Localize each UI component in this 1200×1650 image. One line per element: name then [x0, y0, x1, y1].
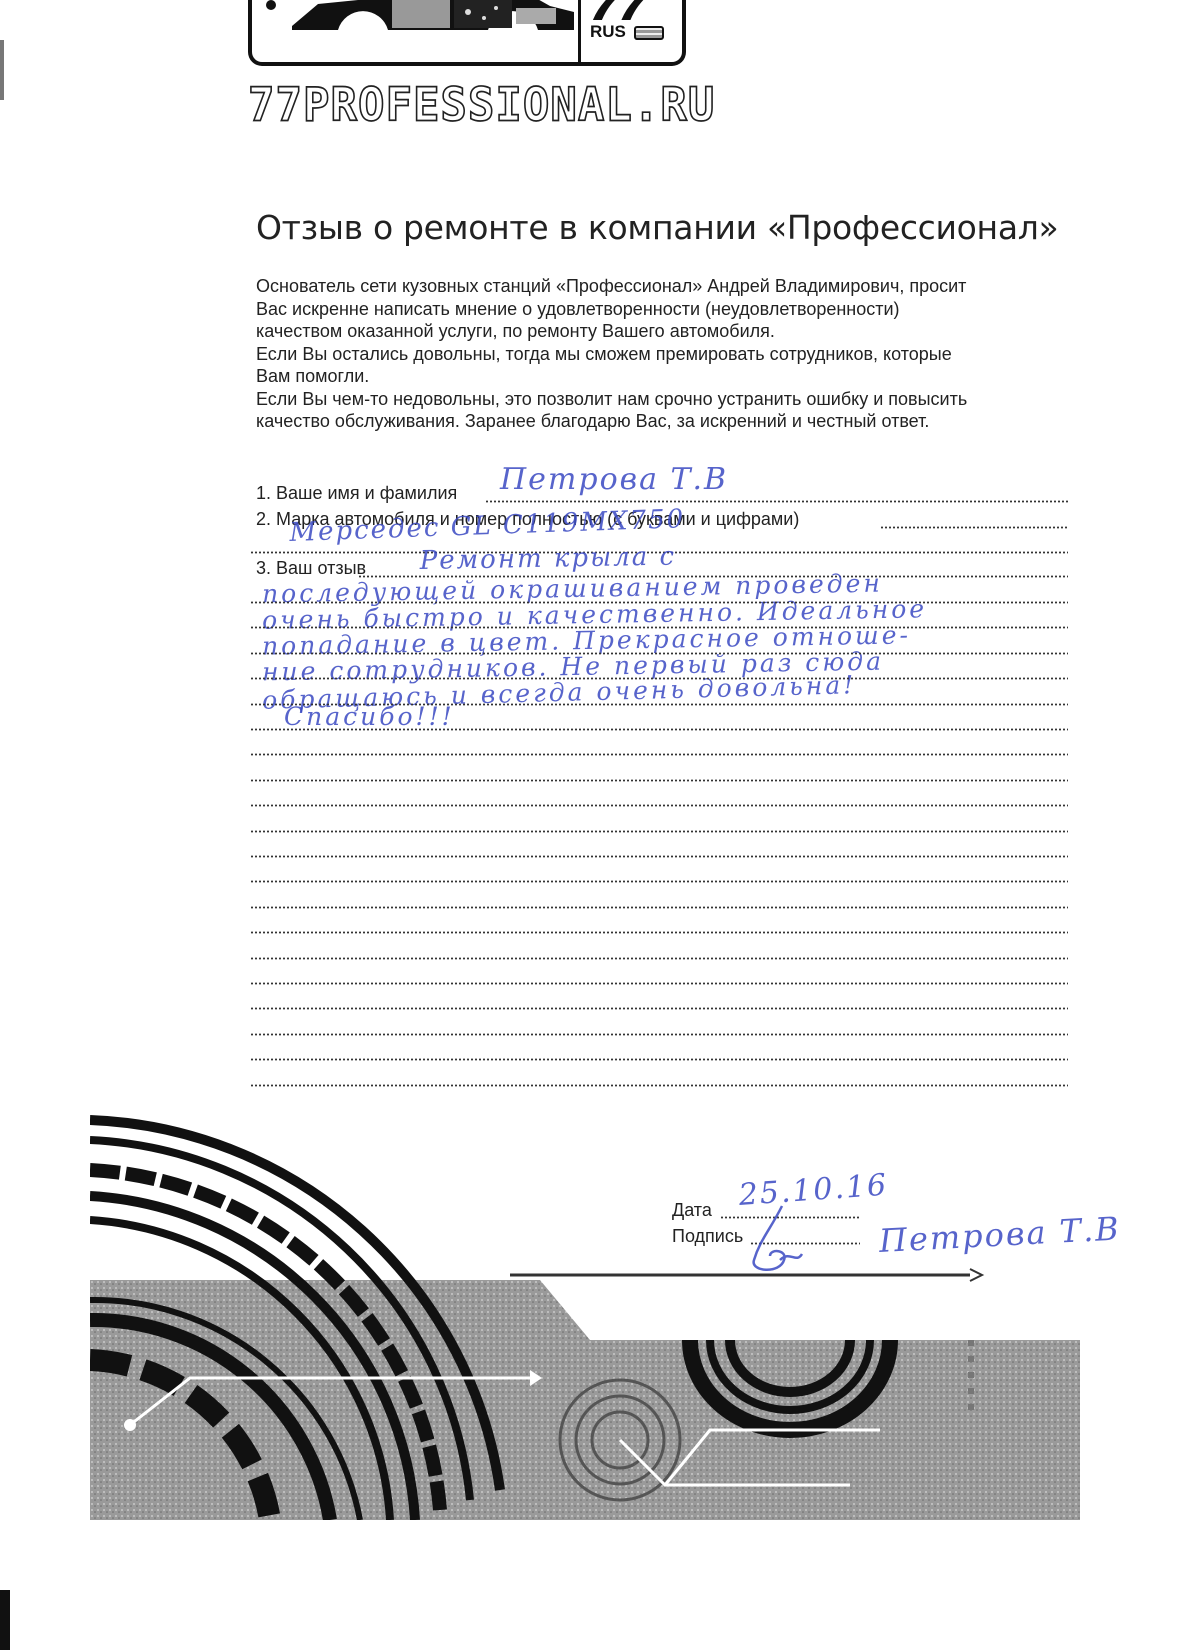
- review-dotline: [250, 804, 1068, 807]
- review-dotline: [250, 753, 1068, 756]
- q3-label: 3. Ваш отзыв: [256, 558, 366, 579]
- decorative-tech-graphic: [90, 1100, 1080, 1520]
- intro-text: Основатель сети кузовных станций «Профес…: [256, 275, 1076, 433]
- q1-dotline: [485, 500, 1068, 503]
- intro-line: качество обслуживания. Заранее благодарю…: [256, 410, 1076, 433]
- car-body-icon: [288, 0, 578, 48]
- review-dotline: [250, 703, 1068, 706]
- q1-answer[interactable]: Петрова Т.В: [500, 462, 728, 497]
- review-dotline: [250, 855, 1068, 858]
- scan-edge-mark: [0, 1590, 10, 1650]
- intro-line: Если Вы чем-то недовольны, это позволит …: [256, 388, 1076, 411]
- license-plate-logo: 77 RUS: [248, 0, 686, 66]
- intro-line: Если Вы остались довольны, тогда мы смож…: [256, 343, 1076, 366]
- review-dotline: [250, 652, 1068, 655]
- review-dotline: [250, 906, 1068, 909]
- review-dotline: [250, 982, 1068, 985]
- review-dotline: [250, 601, 1068, 604]
- page-title: Отзыв о ремонте в компании «Профессионал…: [256, 208, 1058, 247]
- flag-icon: [634, 26, 664, 40]
- review-dotline: [250, 1033, 1068, 1036]
- intro-line: качеством оказанной услуги, по ремонту В…: [256, 320, 1076, 343]
- review-dotline: [250, 880, 1068, 883]
- q3-answer-first[interactable]: Ремонт крыла с: [419, 542, 676, 576]
- review-dotline: [250, 626, 1068, 629]
- review-dotline: [250, 1058, 1068, 1061]
- plate-region: RUS: [590, 22, 626, 42]
- q3-answer-line[interactable]: Спасибо!!!: [284, 702, 455, 731]
- q1-label: 1. Ваше имя и фамилия: [256, 483, 457, 504]
- intro-line: Основатель сети кузовных станций «Профес…: [256, 275, 1076, 298]
- scan-edge-mark: [0, 40, 4, 100]
- intro-line: Вас искренне написать мнение о удовлетво…: [256, 298, 1076, 321]
- review-dotline: [250, 957, 1068, 960]
- review-dotline: [250, 728, 1068, 731]
- intro-line: Вам помогли.: [256, 365, 1076, 388]
- plate-divider: [578, 0, 581, 62]
- review-dotline: [250, 830, 1068, 833]
- review-dotline: [250, 677, 1068, 680]
- review-dotline: [250, 931, 1068, 934]
- site-url: 77PROFESSIONAL.RU: [248, 79, 715, 133]
- review-dotline: [250, 779, 1068, 782]
- q2-dotline: [880, 526, 1068, 529]
- review-dotline: [250, 1084, 1068, 1087]
- review-dotline: [250, 1007, 1068, 1010]
- plate-bolt-icon: [266, 0, 276, 10]
